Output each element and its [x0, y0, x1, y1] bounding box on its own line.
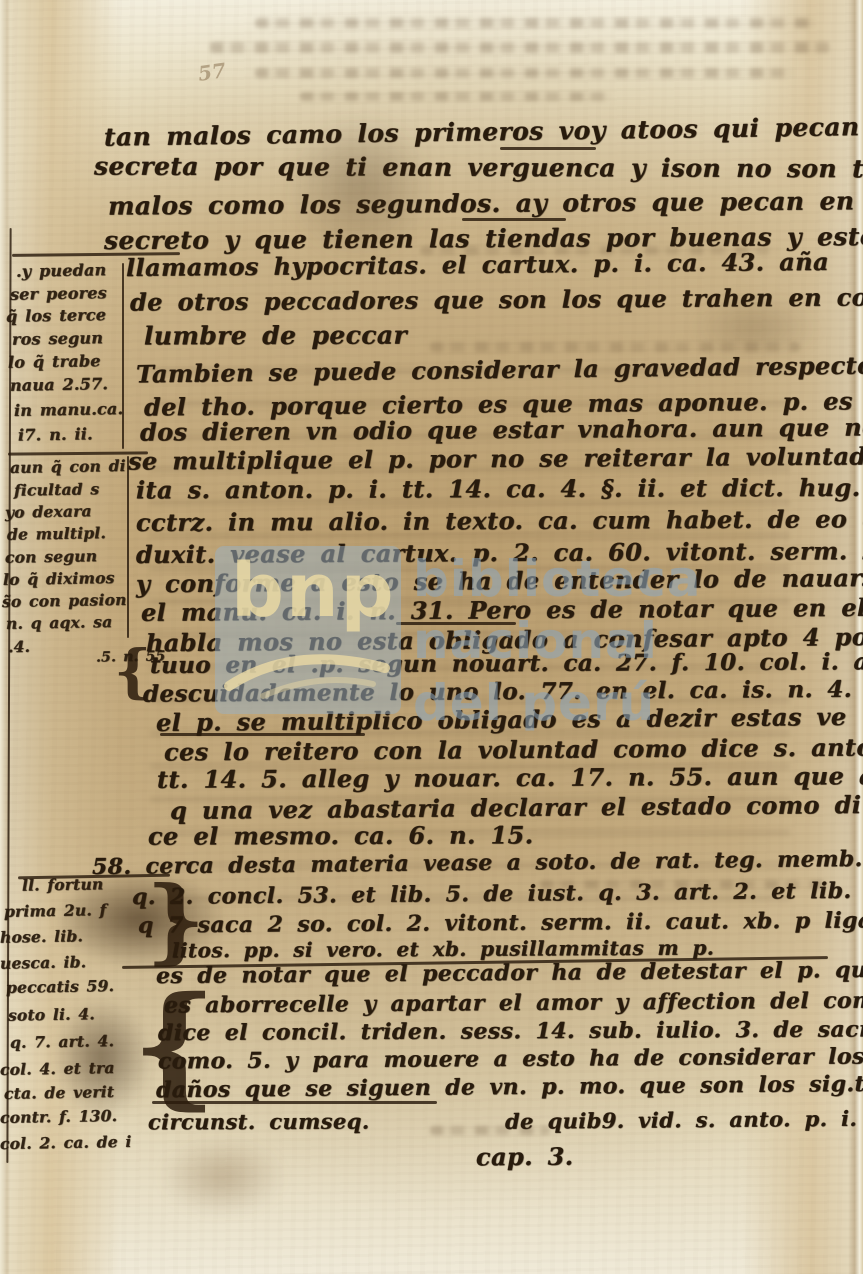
margin-note: .4.: [8, 638, 30, 655]
margin-note: col. 2. ca. de i: [0, 1133, 132, 1152]
manuscript-line: secreta por que ti enan verguenca y ison…: [94, 153, 863, 183]
margin-note: con segun: [5, 547, 98, 566]
margin-note: .y puedan: [16, 261, 107, 280]
margin-note: ll. fortun: [22, 875, 104, 893]
manuscript-line: el p. se multiplico obligado es a dezir …: [156, 704, 847, 736]
margin-note: prima 2u. f: [4, 901, 107, 920]
margin-note: ros segun: [12, 329, 103, 348]
manuscript-line: circunst. cumseq.: [148, 1110, 370, 1134]
margin-note: .5. n. 55: [96, 649, 166, 666]
stain: [160, 1138, 285, 1216]
margin-note: contr. f. 130.: [0, 1107, 117, 1126]
margin-note: ser peores: [10, 284, 107, 303]
margin-note: ficultad s: [14, 480, 100, 499]
manuscript-line: llamamos hypocritas. el cartux. p. i. ca…: [126, 249, 829, 282]
margin-note: lo q̃ trabe: [8, 352, 101, 371]
manuscript-line: malos como los segundos. ay otros que pe…: [108, 187, 855, 220]
margin-note: q. 7. art. 4.: [10, 1032, 114, 1051]
manuscript-line: q 7 saca 2 so. col. 2. vitont. serm. ii.…: [138, 908, 863, 937]
manuscript-line: es aborrecelle y apartar el amor y affec…: [164, 988, 863, 1017]
manuscript-line: tan malos camo los primeros voy atoos qu…: [104, 112, 863, 151]
manuscript-line: q. 2. concl. 53. et lib. 5. de iust. q. …: [132, 879, 852, 909]
bleed-through-line: [255, 18, 815, 28]
margin-note: cta. de verit: [4, 1083, 114, 1102]
manuscript-line: de otros peccadores que son los que trah…: [130, 284, 863, 316]
manuscript-line: como. 5. y para mouere a esto ha de cons…: [158, 1045, 863, 1074]
bleed-through-line: [210, 42, 830, 53]
manuscript-scan: 57 } { { tan malos camo los primeros voy…: [0, 0, 863, 1274]
manuscript-line: ce el mesmo. ca. 6. n. 15.: [148, 822, 534, 850]
margin-note: n. q aqx. sa: [6, 613, 113, 632]
manuscript-line: tuuo en el .p. segun nouart. ca. 27. f. …: [150, 649, 863, 678]
margin-note: lo q̃ diximos: [3, 569, 115, 588]
manuscript-line: cctrz. in mu alio. in texto. ca. cum hab…: [136, 506, 863, 536]
manuscript-line: es de notar que el peccador ha de detest…: [156, 958, 863, 989]
manuscript-line: litos. pp. si vero. et xb. pusillammitas…: [172, 937, 714, 962]
margin-note: aun q̃ con di: [10, 457, 126, 476]
bleed-through-line: [430, 342, 800, 352]
text-block-rule: [127, 456, 129, 638]
manuscript-line: ita s. anton. p. i. tt. 14. ca. 4. §. ii…: [136, 475, 863, 504]
ink-underline: [462, 218, 566, 221]
manuscript-line: daños que se siguen de vn. p. mo. que so…: [156, 1072, 863, 1103]
margin-note: col. 4. et tra: [0, 1059, 115, 1078]
margin-note: s̃o con pasion: [2, 591, 127, 610]
manuscript-line: lumbre de peccar: [144, 322, 407, 350]
margin-note: uesca. ib.: [0, 953, 86, 972]
manuscript-line: se multiplique el p. por no se reiterar …: [128, 443, 863, 475]
margin-note: peccatis 59.: [6, 977, 114, 996]
manuscript-line: dice el concil. triden. sess. 14. sub. i…: [158, 1017, 863, 1046]
manuscript-line: tt. 14. 5. alleg y nouar. ca. 17. n. 55.…: [157, 763, 863, 793]
faint-foliation-mark: 57: [196, 58, 227, 86]
manuscript-line: 58. cerca desta materia vease a soto. de…: [92, 847, 863, 879]
ink-underline: [500, 147, 596, 150]
margin-note: in manu.ca.: [14, 400, 124, 419]
bleed-through-line: [300, 92, 610, 101]
bleed-through-line: [255, 68, 795, 78]
text-block-rule: [122, 263, 124, 449]
margin-note: hose. lib.: [0, 927, 83, 945]
manuscript-line: cap. 3.: [476, 1144, 574, 1171]
margin-note: yo dexara: [5, 502, 92, 521]
margin-note: soto li. 4.: [8, 1005, 95, 1024]
margin-note: q̃ los terce: [6, 306, 107, 325]
margin-note: i7. n. ii.: [18, 425, 93, 444]
catchword-reference: de quib9. vid. s. anto. p. i. tt. 7: [505, 1106, 863, 1133]
margin-note: de multipl.: [7, 524, 106, 543]
margin-note: naua 2.57.: [10, 375, 108, 394]
manuscript-line: el manu. ca. i. n. 31. Pero es de notar …: [141, 594, 863, 626]
manuscript-line: Tambien se puede considerar la gravedad …: [136, 352, 863, 387]
